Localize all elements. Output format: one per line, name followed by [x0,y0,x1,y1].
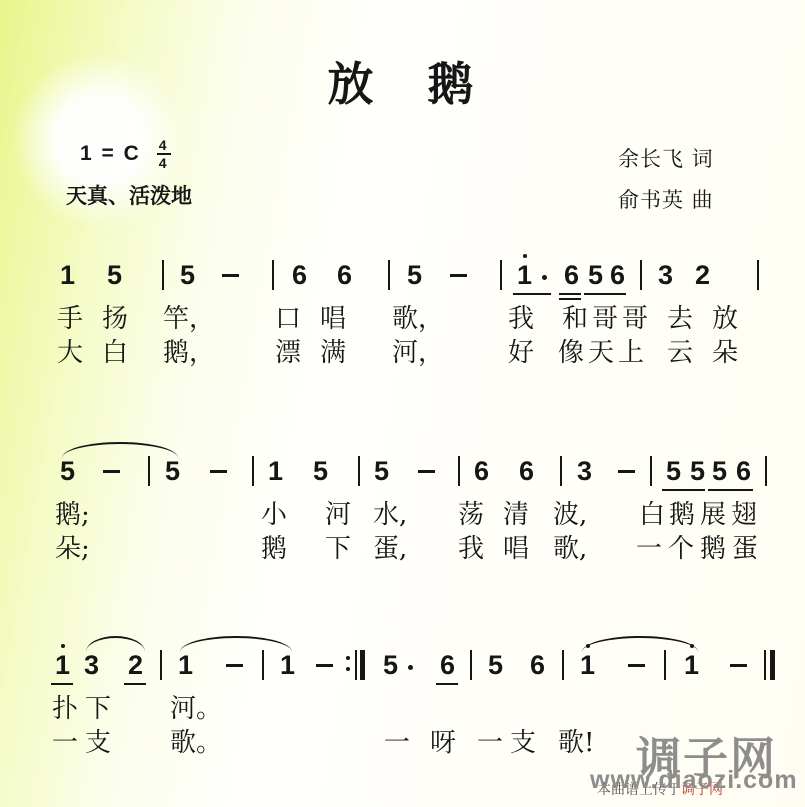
repeat-dot [346,656,350,660]
bar-stroke [360,650,365,680]
time-signature: 4 4 [157,138,171,170]
lyric-syllable: 河， [392,340,444,366]
lyric-syllable: 哥 [592,306,618,332]
barline [160,650,162,680]
beam-underline [436,683,458,685]
lyric-syllable: 鹅 [261,536,287,562]
note: 3 [84,652,99,679]
barline [664,650,666,680]
lyric-syllable: 蛋 [732,536,758,562]
lyric-syllable: 歌， [392,306,444,332]
note: 5 [313,458,328,485]
barline [650,456,652,486]
beam-underline [559,293,581,295]
lyric-syllable: 漂 [275,340,301,366]
note: 5 [712,458,727,485]
lyric-syllable: 展 [700,502,726,528]
lyric-syllable: 水, [373,502,407,528]
barline [458,456,460,486]
note: 5 [588,262,603,289]
lyric-syllable: 波, [553,502,587,528]
note: 6 [292,262,307,289]
lyric-syllable: 清 [503,502,529,528]
lyric-syllable: 去 [667,306,693,332]
tie-slur [582,636,698,652]
lyric-syllable: 好 [508,340,534,366]
beam-underline [124,683,146,685]
lyric-syllable: 荡 [458,502,484,528]
watermark-url: www.diaozi.com [590,766,798,795]
note: 3 [658,262,673,289]
note: 1 [280,652,295,679]
note: 2 [695,262,710,289]
lyric-syllable: 下 [325,536,351,562]
lyric-syllable: 歌, [553,536,587,562]
lyric-syllable: 河 [325,502,351,528]
note: 1 [60,262,75,289]
barline [358,456,360,486]
lyric-syllable: 云 [667,340,693,366]
lyric-syllable: 呀 [430,730,456,756]
note: 5 [180,262,195,289]
note: 6 [530,652,545,679]
tie-slur [62,442,178,458]
note: 1 [178,652,193,679]
note: 5 [407,262,422,289]
barline [162,260,164,290]
lyric-syllable: 鹅 [669,502,695,528]
beam-underline [559,298,581,300]
lyric-syllable: 竿， [163,306,215,332]
lyric-syllable: 歌。 [170,730,222,756]
note: 1 [55,652,70,679]
beam-underline [584,293,626,295]
note: 1 [268,458,283,485]
time-signature-numerator: 4 [157,138,171,155]
duration-dash [628,664,645,667]
barline [765,456,767,486]
beam-underline [513,293,551,295]
barline [500,260,502,290]
lyric-syllable: 满 [320,340,346,366]
duration-dash [418,470,435,473]
beam-underline [51,683,73,685]
lyricist-credit: 余长飞 词 [618,143,714,173]
song-title: 放 鹅 [0,48,805,114]
lyric-syllable: 我 [458,536,484,562]
lyric-syllable: 放 [712,306,738,332]
tempo-marking: 天真、活泼地 [66,180,192,210]
barline [640,260,642,290]
lyric-syllable: 一 [477,730,503,756]
duration-dash [210,470,227,473]
barline [757,260,759,290]
note: 5 [690,458,705,485]
lyric-syllable: 手 [57,306,83,332]
lyric-syllable: 支 [85,730,111,756]
lyric-syllable: 上 [618,340,644,366]
lyric-syllable: 扑 [52,696,78,722]
note: 5 [60,458,75,485]
note: 5 [383,652,398,679]
lyric-syllable: 口 [275,306,301,332]
lyric-syllable: 鹅 [700,536,726,562]
lyric-syllable: 支 [510,730,536,756]
note: 5 [666,458,681,485]
augmentation-dot [542,275,547,280]
duration-dash [618,470,635,473]
lyric-syllable: 天 [588,340,614,366]
note: 6 [610,262,625,289]
lyric-syllable: 朵; [55,536,90,562]
octave-dot [523,254,527,258]
note: 6 [736,458,751,485]
duration-dash [730,664,747,667]
note: 5 [374,458,389,485]
barline [262,650,264,680]
lyric-syllable: 蛋, [373,536,407,562]
note: 5 [488,652,503,679]
lyric-syllable: 鹅， [163,340,215,366]
note: 1 [580,652,595,679]
note: 6 [440,652,455,679]
lyric-syllable: 朵 [712,340,738,366]
beam-underline [708,489,753,491]
duration-dash [226,664,243,667]
bar-stroke [764,650,766,680]
time-signature-denominator: 4 [157,155,171,170]
octave-dot [61,644,65,648]
beam-underline [662,489,705,491]
note: 6 [474,458,489,485]
augmentation-dot [408,665,413,670]
lyric-syllable: 一 [52,730,78,756]
barline [272,260,274,290]
note: 1 [517,262,532,289]
barline [562,650,564,680]
tie-slur [180,636,292,652]
duration-dash [222,274,239,277]
barline [560,456,562,486]
duration-dash [450,274,467,277]
note: 5 [165,458,180,485]
lyric-syllable: 白 [102,340,128,366]
lyric-syllable: 和 [562,306,588,332]
key-signature: 1 = C 4 4 [80,138,171,170]
lyric-syllable: 像 [558,340,584,366]
note: 6 [519,458,534,485]
note: 1 [684,652,699,679]
lyric-syllable: 个 [668,536,694,562]
lyric-syllable: 翅 [731,502,757,528]
barline [252,456,254,486]
barline [148,456,150,486]
key-text: 1 = C [80,142,141,166]
duration-dash [316,664,333,667]
note: 6 [337,262,352,289]
lyric-syllable: 大 [57,340,83,366]
lyric-syllable: 一 [384,730,410,756]
note: 2 [128,652,143,679]
lyric-syllable: 唱 [320,306,346,332]
barline [388,260,390,290]
lyric-syllable: 河。 [170,696,222,722]
barline [470,650,472,680]
bar-stroke [770,650,775,680]
tie-slur [86,636,145,652]
lyric-syllable: 扬 [102,306,128,332]
lyric-syllable: 白 [639,502,665,528]
lyric-syllable: 鹅; [55,502,90,528]
lyric-syllable: 我 [508,306,534,332]
bar-stroke [355,650,357,680]
duration-dash [103,470,120,473]
note: 5 [107,262,122,289]
lyric-syllable: 下 [85,696,111,722]
lyric-syllable: 歌! [558,730,594,756]
lyric-syllable: 小 [261,502,287,528]
lyric-syllable: 唱 [503,536,529,562]
composer-credit: 俞书英 曲 [618,184,714,214]
note: 3 [577,458,592,485]
sheet-music-page: 放 鹅 1 = C 4 4 天真、活泼地 余长飞 词 俞书英 曲 1556651… [0,0,805,807]
lyric-syllable: 一 [636,536,662,562]
lyric-syllable: 哥 [622,306,648,332]
note: 6 [564,262,579,289]
repeat-dot [346,667,350,671]
